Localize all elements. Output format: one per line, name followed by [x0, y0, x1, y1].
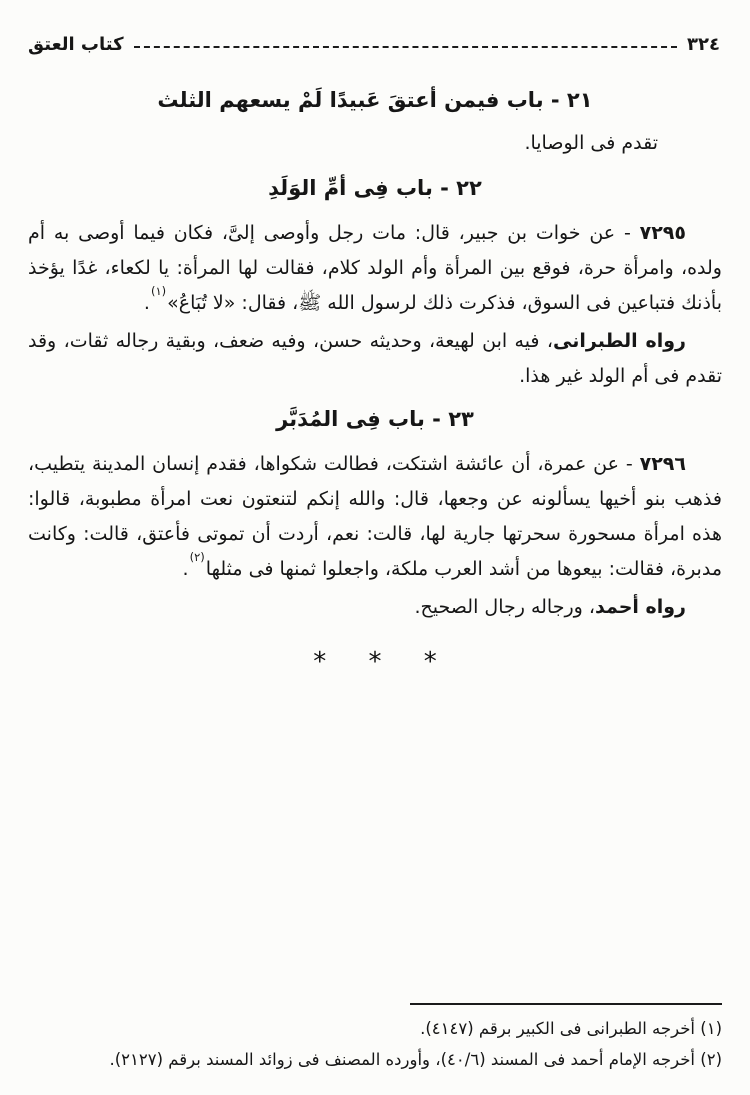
grading-7296-source: رواه أحمد [595, 596, 686, 618]
footnote-2: (٢) أخرجه الإمام أحمد فى المسند (٤٠/٦)، … [28, 1044, 722, 1075]
grading-7295: رواه الطبرانى، فيه ابن لهيعة، وحديثه حسن… [28, 324, 722, 394]
header-dashed-rule [134, 46, 677, 48]
section-divider-stars: * * * [28, 647, 722, 677]
chapter-23-title: ٢٣ - باب فِى المُدَبَّر [28, 404, 722, 434]
chapter-21-note: تقدم فى الوصايا. [28, 126, 722, 161]
chapter-21-title: ٢١ - باب فيمن أعتقَ عَبيدًا لَمْ يسعهم ا… [28, 85, 722, 115]
hadith-7295-text: - عن خوات بن جبير، قال: مات رجل وأوصى إل… [28, 222, 722, 314]
grading-7295-source: رواه الطبرانى [553, 330, 686, 352]
hadith-7295-period: . [144, 292, 150, 314]
page-number: ٣٢٤ [687, 34, 722, 55]
hadith-7295-number: ٧٢٩٥ [640, 222, 686, 244]
footnote-ref-1: (١) [151, 284, 166, 298]
hadith-7296-number: ٧٢٩٦ [640, 453, 686, 475]
footnote-separator-rule [410, 1003, 722, 1005]
book-page: ٣٢٤ كتاب العتق ٢١ - باب فيمن أعتقَ عَبيد… [0, 0, 750, 1095]
hadith-7296-text: - عن عمرة، أن عائشة اشتكت، فطالت شكواها،… [28, 453, 722, 580]
grading-7296: رواه أحمد، ورجاله رجال الصحيح. [28, 590, 722, 625]
footnote-ref-2: (٢) [190, 550, 205, 564]
footnote-1: (١) أخرجه الطبرانى فى الكبير برقم (٤١٤٧)… [28, 1013, 722, 1044]
footnotes-block: (١) أخرجه الطبرانى فى الكبير برقم (٤١٤٧)… [28, 1003, 722, 1075]
chapter-22-title: ٢٢ - باب فِى أمِّ الوَلَدِ [28, 173, 722, 203]
page-header: ٣٢٤ كتاب العتق [28, 0, 722, 55]
hadith-7295: ٧٢٩٥ - عن خوات بن جبير، قال: مات رجل وأو… [28, 216, 722, 321]
book-title: كتاب العتق [28, 34, 124, 55]
grading-7296-text: ، ورجاله رجال الصحيح. [415, 596, 595, 618]
hadith-7296-period: . [183, 558, 189, 580]
hadith-7296: ٧٢٩٦ - عن عمرة، أن عائشة اشتكت، فطالت شك… [28, 447, 722, 587]
